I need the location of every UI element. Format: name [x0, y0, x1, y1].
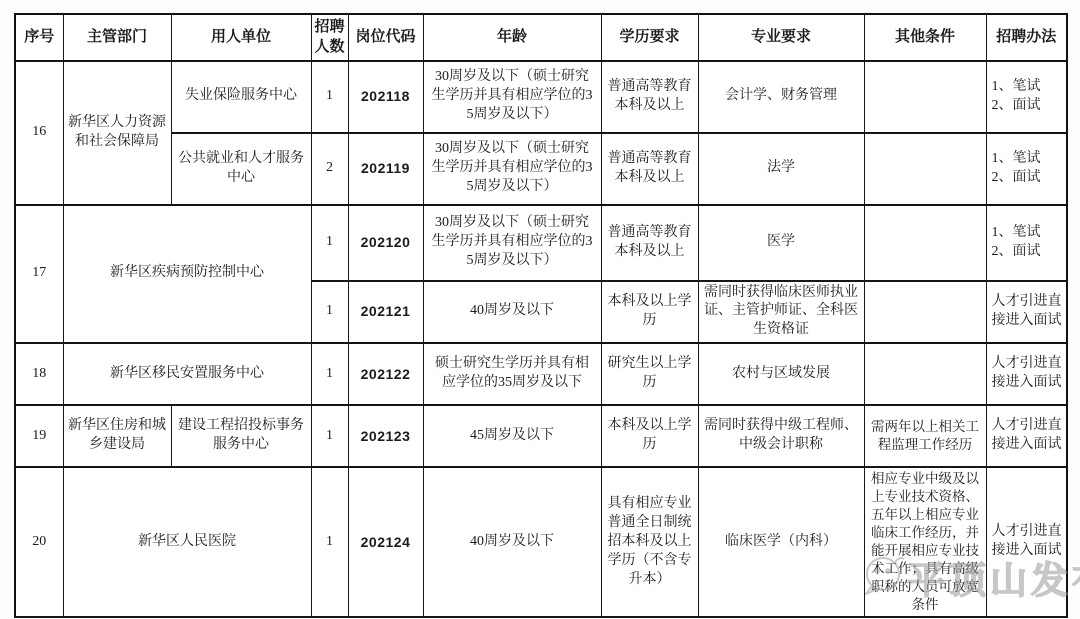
- cell-age: 40周岁及以下: [423, 281, 601, 344]
- cell-edu: 普通高等教育本科及以上: [601, 61, 698, 133]
- table-header-row: 序号 主管部门 用人单位 招聘人数 岗位代码 年龄 学历要求 专业要求 其他条件…: [15, 14, 1067, 61]
- header-serial: 序号: [15, 14, 63, 61]
- cell-count: 1: [311, 467, 348, 617]
- cell-other: 相应专业中级及以上专业技术资格、五年以上相应专业临床工作经历，并能开展相应专业技…: [864, 467, 986, 617]
- cell-code: 202120: [348, 205, 423, 281]
- cell-other: 需两年以上相关工程监理工作经历: [864, 405, 986, 467]
- cell-code: 202123: [348, 405, 423, 467]
- cell-count: 1: [311, 205, 348, 281]
- table-row: 16 新华区人力资源和社会保障局 失业保险服务中心 1 202118 30周岁及…: [15, 61, 1067, 133]
- cell-code: 202119: [348, 133, 423, 205]
- cell-method: 人才引进直接进入面试: [986, 343, 1067, 405]
- cell-method: 1、笔试 2、面试: [986, 61, 1067, 133]
- cell-other: [864, 343, 986, 405]
- cell-age: 30周岁及以下（硕士研究生学历并具有相应学位的35周岁及以下）: [423, 61, 601, 133]
- recruitment-table-sheet: 序号 主管部门 用人单位 招聘人数 岗位代码 年龄 学历要求 专业要求 其他条件…: [14, 13, 1068, 618]
- cell-major: 需同时获得中级工程师、中级会计职称: [698, 405, 864, 467]
- table-row: 19 新华区住房和城乡建设局 建设工程招投标事务服务中心 1 202123 45…: [15, 405, 1067, 467]
- cell-code: 202121: [348, 281, 423, 344]
- cell-serial: 20: [15, 467, 63, 617]
- cell-major: 会计学、财务管理: [698, 61, 864, 133]
- cell-major: 医学: [698, 205, 864, 281]
- cell-method: 人才引进直接进入面试: [986, 467, 1067, 617]
- recruitment-positions-table: 序号 主管部门 用人单位 招聘人数 岗位代码 年龄 学历要求 专业要求 其他条件…: [14, 13, 1068, 618]
- cell-method: 人才引进直接进入面试: [986, 405, 1067, 467]
- cell-serial: 18: [15, 343, 63, 405]
- header-department: 主管部门: [63, 14, 171, 61]
- cell-age: 硕士研究生学历并具有相应学位的35周岁及以下: [423, 343, 601, 405]
- cell-edu: 具有相应专业普通全日制统招本科及以上学历（不含专升本）: [601, 467, 698, 617]
- cell-unit: 公共就业和人才服务中心: [171, 133, 311, 205]
- cell-code: 202124: [348, 467, 423, 617]
- cell-dept: 新华区人力资源和社会保障局: [63, 61, 171, 205]
- header-other: 其他条件: [864, 14, 986, 61]
- cell-age: 40周岁及以下: [423, 467, 601, 617]
- cell-serial: 19: [15, 405, 63, 467]
- cell-major: 临床医学（内科）: [698, 467, 864, 617]
- cell-edu: 研究生以上学历: [601, 343, 698, 405]
- cell-dept-unit-merged: 新华区疾病预防控制中心: [63, 205, 311, 344]
- cell-other: [864, 281, 986, 344]
- cell-major: 法学: [698, 133, 864, 205]
- header-headcount: 招聘人数: [311, 14, 348, 61]
- cell-other: [864, 205, 986, 281]
- cell-edu: 普通高等教育本科及以上: [601, 133, 698, 205]
- cell-count: 1: [311, 343, 348, 405]
- cell-other: [864, 61, 986, 133]
- cell-code: 202118: [348, 61, 423, 133]
- cell-edu: 普通高等教育本科及以上: [601, 205, 698, 281]
- cell-unit: 建设工程招投标事务服务中心: [171, 405, 311, 467]
- header-employer: 用人单位: [171, 14, 311, 61]
- cell-code: 202122: [348, 343, 423, 405]
- cell-dept: 新华区住房和城乡建设局: [63, 405, 171, 467]
- cell-edu: 本科及以上学历: [601, 281, 698, 344]
- cell-count: 1: [311, 281, 348, 344]
- table-row: 20 新华区人民医院 1 202124 40周岁及以下 具有相应专业普通全日制统…: [15, 467, 1067, 617]
- cell-serial: 16: [15, 61, 63, 205]
- cell-count: 2: [311, 133, 348, 205]
- cell-major: 农村与区域发展: [698, 343, 864, 405]
- cell-count: 1: [311, 61, 348, 133]
- cell-age: 30周岁及以下（硕士研究生学历并具有相应学位的35周岁及以下）: [423, 133, 601, 205]
- cell-count: 1: [311, 405, 348, 467]
- header-position-code: 岗位代码: [348, 14, 423, 61]
- table-row: 18 新华区移民安置服务中心 1 202122 硕士研究生学历并具有相应学位的3…: [15, 343, 1067, 405]
- cell-method: 人才引进直接进入面试: [986, 281, 1067, 344]
- cell-major: 需同时获得临床医师执业证、主管护师证、全科医生资格证: [698, 281, 864, 344]
- header-method: 招聘办法: [986, 14, 1067, 61]
- cell-dept-unit-merged: 新华区移民安置服务中心: [63, 343, 311, 405]
- cell-edu: 本科及以上学历: [601, 405, 698, 467]
- header-major: 专业要求: [698, 14, 864, 61]
- header-age: 年龄: [423, 14, 601, 61]
- cell-serial: 17: [15, 205, 63, 344]
- cell-method: 1、笔试 2、面试: [986, 133, 1067, 205]
- cell-age: 45周岁及以下: [423, 405, 601, 467]
- cell-unit: 失业保险服务中心: [171, 61, 311, 133]
- table-row: 17 新华区疾病预防控制中心 1 202120 30周岁及以下（硕士研究生学历并…: [15, 205, 1067, 281]
- cell-age: 30周岁及以下（硕士研究生学历并具有相应学位的35周岁及以下）: [423, 205, 601, 281]
- cell-dept-unit-merged: 新华区人民医院: [63, 467, 311, 617]
- cell-other: [864, 133, 986, 205]
- cell-method: 1、笔试 2、面试: [986, 205, 1067, 281]
- table-row: 公共就业和人才服务中心 2 202119 30周岁及以下（硕士研究生学历并具有相…: [15, 133, 1067, 205]
- header-education: 学历要求: [601, 14, 698, 61]
